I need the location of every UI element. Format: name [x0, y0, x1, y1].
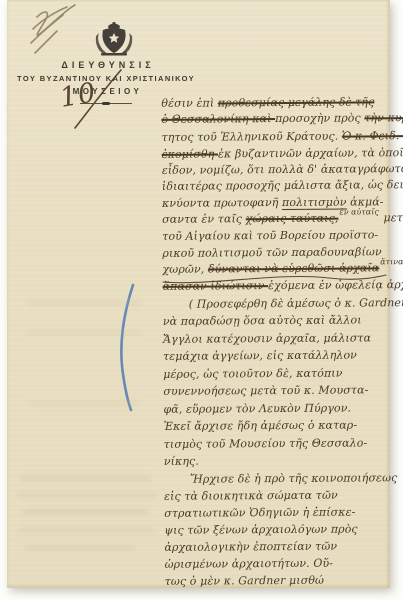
manuscript-line: φᾶ, εὕρομεν τὸν Λευκὸν Πύργον.: [163, 399, 403, 418]
show-through: [23, 509, 148, 515]
manuscript-line: στρατιωτικῶν Ὁδηγιῶν ἡ ἐπίσκε-: [164, 503, 403, 522]
manuscript-line: τεμάχια ἀγγείων, εἰς κατάλληλον: [163, 346, 403, 365]
manuscript-line: ὁ Θεσσαλονίκη καὶ προσοχὴν πρὸς τὴν κυρι…: [161, 110, 403, 129]
manuscript-line: χωρῶν, δύνανται νὰ εὑρεθῶσι ἀρχαῖαἅτινα …: [162, 260, 403, 279]
manuscript-line: νίκης.: [164, 451, 403, 470]
manuscript-line: εἰς τὰ διοικητικὰ σώματα τῶν: [164, 486, 403, 505]
manuscript-line: Ἐκεῖ ἄρχισε ἤδη ἀμέσως ὁ καταρ-: [164, 416, 403, 435]
show-through: [17, 492, 157, 498]
coat-of-arms-icon: [95, 21, 133, 57]
manuscript-line: ἐκομίσθη ἐκ βυζαντινῶν ἀρχαίων, τὰ ὁποῖα: [162, 145, 403, 163]
manuscript-line: ὡρισμένων ἀρχαιοτήτων. Οὕ-: [164, 554, 403, 573]
show-through: [23, 330, 143, 336]
manuscript-line: ρικοῦ πολιτισμοῦ τῶν παραδουναβίων: [162, 244, 403, 262]
letter-page: 10 ΔΙΕΥΘΥΝΣΙΣ ΤΟΥ ΒΥΖΑΝΤΙΝΟΥ ΚΑΙ ΧΡΙΣΤΙΑ…: [7, 0, 390, 588]
manuscript-line: μέρος, ὡς τοιοῦτον δὲ, κατόπιν: [163, 364, 403, 383]
manuscript-line: τητος τοῦ Ἑλληνικοῦ Κράτους. Ὁ κ. Φειδ. …: [162, 128, 403, 147]
manuscript-line: ἀρχαιολογικὴν ἐποπτείαν τῶν: [164, 537, 403, 556]
manuscript-line: εἶδον, νομίζω, ὅτι πολλὰ δ' ἀκαταγράφωτα…: [162, 161, 403, 179]
manuscript-paragraph: ( Προσεφέρθη δὲ ἀμέσως ὁ κ. Gardnerνὰ πα…: [163, 294, 403, 471]
show-through: [25, 545, 135, 551]
show-through: [19, 527, 154, 533]
show-through: [27, 300, 142, 306]
show-through: [21, 475, 151, 481]
letterhead-line3: ΜΟΥΣΕΙΟΥ: [7, 87, 205, 96]
manuscript-line: τως ὁ μὲν κ. Gardner μισθώ: [165, 571, 403, 590]
letterhead-divider: [80, 102, 132, 105]
manuscript-line: σαντα ἐν ταῖς χώραις ταύταις,ἐν αὐταῖς μ…: [162, 210, 403, 229]
letterhead-line2: ΤΟΥ ΒΥΖΑΝΤΙΝΟΥ ΚΑΙ ΧΡΙΣΤΙΑΝΙΚΟΥ: [7, 74, 205, 83]
manuscript-paragraph: Ἤρχισε δὲ ἡ πρὸ τῆς κοινοποιήσεωςεἰς τὰ …: [164, 469, 403, 590]
show-through: [29, 400, 139, 406]
manuscript-line: θέσιν ἐπὶ προθεσμίας μεγάλης δὲ τῆς: [161, 94, 403, 112]
manuscript-line: ψις τῶν ξένων ἀρχαιολόγων πρὸς: [164, 520, 403, 539]
manuscript-line: ἰδιαιτέρας προσοχῆς μάλιστα ἄξια, ὡς δει…: [162, 178, 403, 196]
manuscript-line: συνεννοήσεως μετὰ τοῦ κ. Μουστα-: [163, 381, 403, 400]
manuscript-line: νὰ παραδώσῃ ὅσα αὐτὸς καὶ ἄλλοι: [163, 311, 403, 330]
manuscript-line: Ἤρχισε δὲ ἡ πρὸ τῆς κοινοποιήσεως: [190, 469, 403, 488]
manuscript-line: τισμὸς τοῦ Μουσείου τῆς Θεσσαλο-: [164, 434, 403, 453]
manuscript-line: ἅπασαν ἰδιώτισιν ἐχόμενα ἐν ὠφελείᾳ ἀρχα…: [163, 277, 403, 295]
letterhead-line1: ΔΙΕΥΘΥΝΣΙΣ: [7, 60, 205, 70]
manuscript-line: ( Προσεφέρθη δὲ ἀμέσως ὁ κ. Gardner: [189, 294, 403, 313]
manuscript-paragraph: θέσιν ἐπὶ προθεσμίας μεγάλης δὲ τῆςὁ Θεσ…: [161, 94, 403, 295]
manuscript-line: τοῦ Αἰγαίου καὶ τοῦ Βορείου προϊστο-: [162, 228, 403, 246]
manuscript: θέσιν ἐπὶ προθεσμίας μεγάλης δὲ τῆςὁ Θεσ…: [161, 94, 403, 589]
manuscript-line: Ἄγγλοι κατέχουσιν ἀρχαῖα, μάλιστα: [163, 329, 403, 348]
